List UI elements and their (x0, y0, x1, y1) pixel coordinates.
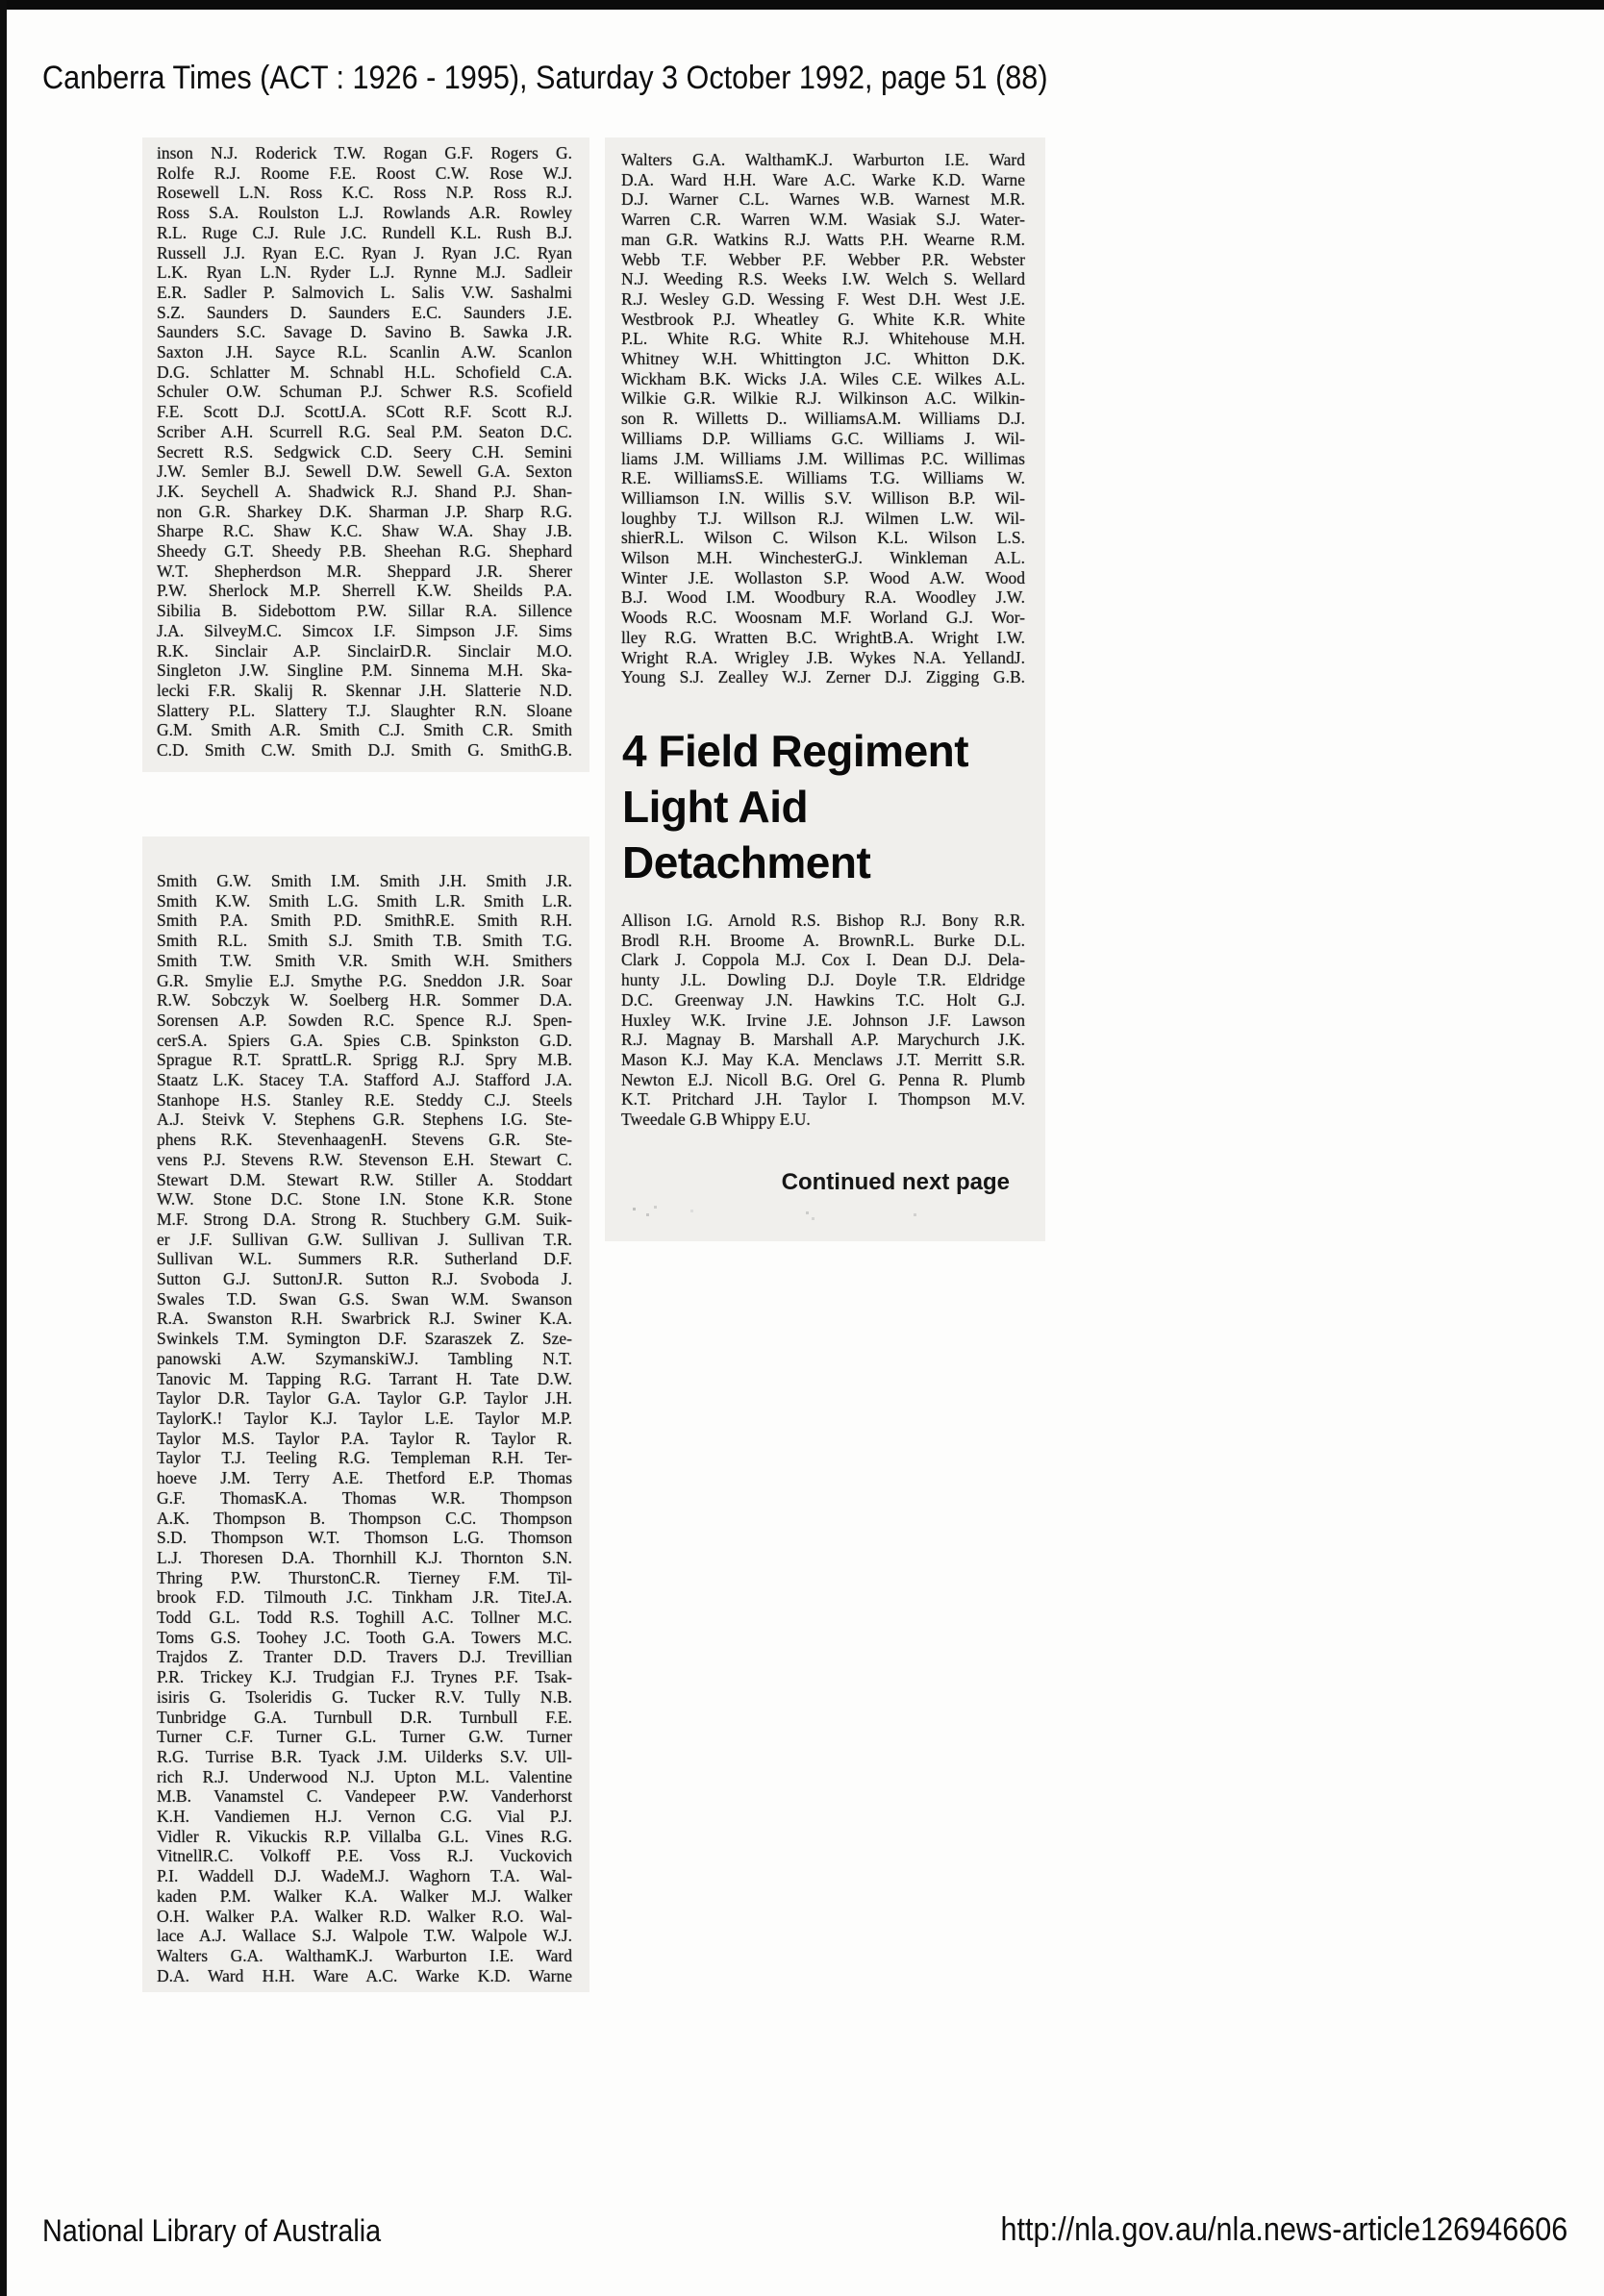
name-list-line: Taylor D.R. Taylor G.A. Taylor G.P. Tayl… (157, 1388, 572, 1409)
name-list-line: er J.F. Sullivan G.W. Sullivan J. Sulliv… (157, 1230, 572, 1250)
name-list-line: R.E. WilliamsS.E. Williams T.G. Williams… (621, 468, 1025, 488)
name-list-line: isiris G. Tsoleridis G. Tucker R.V. Tull… (157, 1687, 572, 1708)
name-list-line: J.A. SilveyM.C. Simcox I.F. Simpson J.F.… (157, 621, 572, 641)
name-list-line: liams J.M. Williams J.M. Willimas P.C. W… (621, 449, 1025, 469)
name-list-line: Young S.J. Zealley W.J. Zerner D.J. Zigg… (621, 667, 1025, 687)
page-title-text: Canberra Times (ACT : 1926 - 1995), Satu… (42, 60, 1048, 97)
name-list-line: Tweedale G.B Whippy E.U. (621, 1110, 1025, 1130)
name-list-line: S.D. Thompson W.T. Thomson L.G. Thomson (157, 1528, 572, 1548)
article-names-list: Allison I.G. Arnold R.S. Bishop R.J. Bon… (621, 911, 1025, 1130)
name-list-line: Williams D.P. Williams G.C. Williams J. … (621, 429, 1025, 449)
name-list-line: Stewart D.M. Stewart R.W. Stiller A. Sto… (157, 1170, 572, 1190)
name-list-line: Stanhope H.S. Stanley R.E. Steddy C.J. S… (157, 1090, 572, 1111)
name-list-line: Walters G.A. WalthamK.J. Warburton I.E. … (621, 150, 1025, 170)
name-list-line: Thring P.W. ThurstonC.R. Tierney F.M. Ti… (157, 1568, 572, 1588)
name-list-line: F.E. Scott D.J. ScottJ.A. SCott R.F. Sco… (157, 402, 572, 422)
name-list-line: P.R. Trickey K.J. Trudgian F.J. Trynes P… (157, 1667, 572, 1687)
name-list-line: Sheedy G.T. Sheedy P.B. Sheehan R.G. She… (157, 541, 572, 562)
name-list-line: Ross S.A. Roulston L.J. Rowlands A.R. Ro… (157, 203, 572, 223)
name-list-line: Wickham B.K. Wicks J.A. Wiles C.E. Wilke… (621, 369, 1025, 389)
name-list-line: Wilkie G.R. Wilkie R.J. Wilkinson A.C. W… (621, 388, 1025, 409)
name-list-line: O.H. Walker P.A. Walker R.D. Walker R.O.… (157, 1907, 572, 1927)
name-list-line: Rosewell L.N. Ross K.C. Ross N.P. Ross R… (157, 183, 572, 203)
name-list-line: Smith K.W. Smith L.G. Smith L.R. Smith L… (157, 891, 572, 911)
name-list-line: G.F. ThomasK.A. Thomas W.R. Thompson (157, 1488, 572, 1509)
name-list-line: vens P.J. Stevens R.W. Stevenson E.H. St… (157, 1150, 572, 1170)
name-list-line: Walters G.A. WalthamK.J. Warburton I.E. … (157, 1946, 572, 1966)
name-list-line: D.A. Ward H.H. Ware A.C. Warke K.D. Warn… (621, 170, 1025, 190)
name-list-line: hoeve J.M. Terry A.E. Thetford E.P. Thom… (157, 1468, 572, 1488)
name-list-line: brook F.D. Tilmouth J.C. Tinkham J.R. Ti… (157, 1587, 572, 1608)
name-list-line: Whitney W.H. Whittington J.C. Whitton D.… (621, 349, 1025, 369)
scan-edge-left (0, 0, 7, 2296)
name-list-line: L.K. Ryan L.N. Ryder L.J. Rynne M.J. Sad… (157, 262, 572, 283)
name-list-line: R.J. Wesley G.D. Wessing F. West D.H. We… (621, 289, 1025, 310)
name-list-line: J.K. Seychell A. Shadwick R.J. Shand P.J… (157, 482, 572, 502)
article-heading-line: Light Aid (622, 779, 1045, 835)
name-list-line: Saunders S.C. Savage D. Savino B. Sawka … (157, 322, 572, 342)
name-list-line: M.F. Strong D.A. Strong R. Stuchbery G.M… (157, 1210, 572, 1230)
name-list-line: G.M. Smith A.R. Smith C.J. Smith C.R. Sm… (157, 720, 572, 740)
name-list-line: Smith T.W. Smith V.R. Smith W.H. Smither… (157, 951, 572, 971)
name-list-line: kaden P.M. Walker K.A. Walker M.J. Walke… (157, 1886, 572, 1907)
name-list-line: Huxley W.K. Irvine J.E. Johnson J.F. Law… (621, 1011, 1025, 1031)
name-list-line: Turner C.F. Turner G.L. Turner G.W. Turn… (157, 1727, 572, 1747)
name-list-line: panowski A.W. SzymanskiW.J. Tambling N.T… (157, 1349, 572, 1369)
name-list-line: Trajdos Z. Tranter D.D. Travers D.J. Tre… (157, 1647, 572, 1667)
name-list-line: Sprague R.T. SprattL.R. Sprigg R.J. Spry… (157, 1050, 572, 1070)
name-list-line: C.D. Smith C.W. Smith D.J. Smith G. Smit… (157, 740, 572, 761)
name-list-line: M.B. Vanamstel C. Vandepeer P.W. Vanderh… (157, 1786, 572, 1807)
name-list-line: K.H. Vandiemen H.J. Vernon C.G. Vial P.J… (157, 1807, 572, 1827)
names-column2-top: Walters G.A. WalthamK.J. Warburton I.E. … (621, 150, 1025, 687)
name-list-line: loughby T.J. Willson R.J. Wilmen L.W. Wi… (621, 509, 1025, 529)
name-list-line: Webb T.F. Webber P.F. Webber P.R. Webste… (621, 250, 1025, 270)
name-list-line: E.R. Sadler P. Salmovich L. Salis V.W. S… (157, 283, 572, 303)
name-list-line: Brodl R.H. Broome A. BrownR.L. Burke D.L… (621, 931, 1025, 951)
name-list-line: Vidler R. Vikuckis R.P. Villalba G.L. Vi… (157, 1827, 572, 1847)
name-list-line: Smith G.W. Smith I.M. Smith J.H. Smith J… (157, 871, 572, 891)
name-list-line: S.Z. Saunders D. Saunders E.C. Saunders … (157, 303, 572, 323)
name-list-line: P.I. Waddell D.J. WadeM.J. Waghorn T.A. … (157, 1866, 572, 1886)
name-list-line: Sharpe R.C. Shaw K.C. Shaw W.A. Shay J.B… (157, 521, 572, 541)
names-column1-bottom: Smith G.W. Smith I.M. Smith J.H. Smith J… (157, 871, 572, 1985)
name-list-line: Sorensen A.P. Sowden R.C. Spence R.J. Sp… (157, 1011, 572, 1031)
name-list-line: Clark J. Coppola M.J. Cox I. Dean D.J. D… (621, 950, 1025, 970)
name-list-line: P.W. Sherlock M.P. Sherrell K.W. Sheilds… (157, 581, 572, 601)
name-list-line: Allison I.G. Arnold R.S. Bishop R.J. Bon… (621, 911, 1025, 931)
name-list-line: Mason K.J. May K.A. Menclaws J.T. Merrit… (621, 1050, 1025, 1070)
scan-edge-top (0, 0, 1604, 10)
name-list-line: Russell J.J. Ryan E.C. Ryan J. Ryan J.C.… (157, 243, 572, 263)
name-list-line: Sutton G.J. SuttonJ.R. Sutton R.J. Svobo… (157, 1269, 572, 1289)
footer-library-label: National Library of Australia (42, 2213, 418, 2249)
article-heading: 4 Field RegimentLight AidDetachment (622, 723, 1045, 890)
name-list-line: rich R.J. Underwood N.J. Upton M.L. Vale… (157, 1767, 572, 1787)
name-list-line: shierR.L. Wilson C. Wilson K.L. Wilson L… (621, 528, 1025, 548)
name-list-line: Swales T.D. Swan G.S. Swan W.M. Swanson (157, 1289, 572, 1310)
name-list-line: Tunbridge G.A. Turnbull D.R. Turnbull F.… (157, 1708, 572, 1728)
name-list-line: J.W. Semler B.J. Sewell D.W. Sewell G.A.… (157, 462, 572, 482)
name-list-line: R.W. Sobczyk W. Soelberg H.R. Sommer D.A… (157, 990, 572, 1011)
names-column1-top: inson N.J. Roderick T.W. Rogan G.F. Roge… (157, 143, 572, 761)
name-list-line: D.A. Ward H.H. Ware A.C. Warke K.D. Warn… (157, 1966, 572, 1986)
name-list-line: cerS.A. Spiers G.A. Spies C.B. Spinkston… (157, 1031, 572, 1051)
footer-article-url-text: http://nla.gov.au/nla.news-article126946… (1000, 2211, 1567, 2249)
name-list-line: W.T. Shepherdson M.R. Sheppard J.R. Sher… (157, 562, 572, 582)
name-list-line: P.L. White R.G. White R.J. Whitehouse M.… (621, 329, 1025, 349)
name-list-line: Schuler O.W. Schuman P.J. Schwer R.S. Sc… (157, 382, 572, 402)
name-list-line: Todd G.L. Todd R.S. Toghill A.C. Tollner… (157, 1608, 572, 1628)
article-heading-line: 4 Field Regiment (622, 723, 1045, 779)
name-list-line: R.G. Turrise B.R. Tyack J.M. Uilderks S.… (157, 1747, 572, 1767)
scan-noise-speckles (633, 1208, 636, 1210)
name-list-line: Singleton J.W. Singline P.M. Sinnema M.H… (157, 661, 572, 681)
name-list-line: G.R. Smylie E.J. Smythe P.G. Sneddon J.R… (157, 971, 572, 991)
name-list-line: A.K. Thompson B. Thompson C.C. Thompson (157, 1509, 572, 1529)
name-list-line: Smith R.L. Smith S.J. Smith T.B. Smith T… (157, 931, 572, 951)
name-list-line: Warren C.R. Warren W.M. Wasiak S.J. Wate… (621, 210, 1025, 230)
name-list-line: D.J. Warner C.L. Warnes W.B. Warnest M.R… (621, 189, 1025, 210)
name-list-line: Sullivan W.L. Summers R.R. Sutherland D.… (157, 1249, 572, 1269)
name-list-line: D.G. Schlatter M. Schnabl H.L. Schofield… (157, 362, 572, 383)
name-list-line: TaylorK.! Taylor K.J. Taylor L.E. Taylor… (157, 1409, 572, 1429)
name-list-line: inson N.J. Roderick T.W. Rogan G.F. Roge… (157, 143, 572, 163)
name-list-line: Rolfe R.J. Roome F.E. Roost C.W. Rose W.… (157, 163, 572, 184)
name-list-line: Newton E.J. Nicoll B.G. Orel G. Penna R.… (621, 1070, 1025, 1090)
name-list-line: Wright R.A. Wrigley J.B. Wykes N.A. Yell… (621, 648, 1025, 668)
name-list-line: A.J. Steivk V. Stephens G.R. Stephens I.… (157, 1110, 572, 1130)
name-list-line: Staatz L.K. Stacey T.A. Stafford A.J. St… (157, 1070, 572, 1090)
name-list-line: N.J. Weeding R.S. Weeks I.W. Welch S. We… (621, 269, 1025, 289)
name-list-line: R.K. Sinclair A.P. SinclairD.R. Sinclair… (157, 641, 572, 661)
name-list-line: lace A.J. Wallace S.J. Walpole T.W. Walp… (157, 1926, 572, 1946)
name-list-line: Smith P.A. Smith P.D. SmithR.E. Smith R.… (157, 911, 572, 931)
name-list-line: phens R.K. StevenhaagenH. Stevens G.R. S… (157, 1130, 572, 1150)
name-list-line: Scriber A.H. Scurrell R.G. Seal P.M. Sea… (157, 422, 572, 442)
footer-article-url: http://nla.gov.au/nla.news-article126946… (938, 2211, 1567, 2249)
name-list-line: Taylor M.S. Taylor P.A. Taylor R. Taylor… (157, 1429, 572, 1449)
name-list-line: Woods R.C. Woosnam M.F. Worland G.J. Wor… (621, 608, 1025, 628)
name-list-line: Wilson M.H. WinchesterG.J. Winkleman A.L… (621, 548, 1025, 568)
name-list-line: Saxton J.H. Sayce R.L. Scanlin A.W. Scan… (157, 342, 572, 362)
name-list-line: K.T. Pritchard J.H. Taylor I. Thompson M… (621, 1089, 1025, 1110)
article-heading-line: Detachment (622, 835, 1045, 890)
continued-next-page-note: Continued next page (621, 1169, 1010, 1196)
name-list-line: Swinkels T.M. Symington D.F. Szaraszek Z… (157, 1329, 572, 1349)
footer-library-text: National Library of Australia (42, 2213, 381, 2249)
name-list-line: Sibilia B. Sidebottom P.W. Sillar R.A. S… (157, 601, 572, 621)
name-list-line: Taylor T.J. Teeling R.G. Templeman R.H. … (157, 1448, 572, 1468)
name-list-line: hunty J.L. Dowling D.J. Doyle T.R. Eldri… (621, 970, 1025, 990)
name-list-line: L.J. Thoresen D.A. Thornhill K.J. Thornt… (157, 1548, 572, 1568)
name-list-line: lecki F.R. Skalij R. Skennar J.H. Slatte… (157, 681, 572, 701)
name-list-line: Slattery P.L. Slattery T.J. Slaughter R.… (157, 701, 572, 721)
name-list-line: R.L. Ruge C.J. Rule J.C. Rundell K.L. Ru… (157, 223, 572, 243)
name-list-line: lley R.G. Wratten B.C. WrightB.A. Wright… (621, 628, 1025, 648)
name-list-line: VitnellR.C. Volkoff P.E. Voss R.J. Vucko… (157, 1846, 572, 1866)
name-list-line: Secrett R.S. Sedgwick C.D. Seery C.H. Se… (157, 442, 572, 462)
name-list-line: D.C. Greenway J.N. Hawkins T.C. Holt G.J… (621, 990, 1025, 1011)
name-list-line: R.J. Magnay B. Marshall A.P. Marychurch … (621, 1030, 1025, 1050)
name-list-line: Tanovic M. Tapping R.G. Tarrant H. Tate … (157, 1369, 572, 1389)
name-list-line: son R. Willetts D.. WilliamsA.M. William… (621, 409, 1025, 429)
name-list-line: Williamson I.N. Willis S.V. Willison B.P… (621, 488, 1025, 509)
name-list-line: Toms G.S. Toohey J.C. Tooth G.A. Towers … (157, 1628, 572, 1648)
name-list-line: man G.R. Watkins R.J. Watts P.H. Wearne … (621, 230, 1025, 250)
name-list-line: W.W. Stone D.C. Stone I.N. Stone K.R. St… (157, 1189, 572, 1210)
name-list-line: non G.R. Sharkey D.K. Sharman J.P. Sharp… (157, 502, 572, 522)
name-list-line: Winter J.E. Wollaston S.P. Wood A.W. Woo… (621, 568, 1025, 588)
name-list-line: R.A. Swanston R.H. Swarbrick R.J. Swiner… (157, 1309, 572, 1329)
name-list-line: Westbrook P.J. Wheatley G. White K.R. Wh… (621, 310, 1025, 330)
name-list-line: B.J. Wood I.M. Woodbury R.A. Woodley J.W… (621, 587, 1025, 608)
page-title: Canberra Times (ACT : 1926 - 1995), Satu… (42, 60, 1160, 97)
